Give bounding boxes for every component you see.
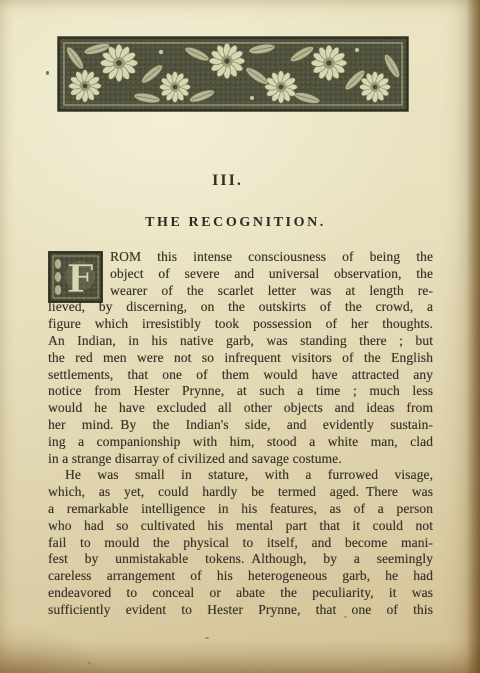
drop-cap-block-icon: F	[48, 251, 103, 303]
book-page-scan: III. THE RECOGNITION.	[0, 0, 480, 673]
text-line: endeavored to conceal or abate the pecul…	[48, 585, 433, 602]
text-line: figure which irresistibly took possessio…	[48, 316, 433, 333]
text-block: F ROM this intense consciousness of bein…	[48, 249, 433, 619]
text-line: fest by unmistakable tokens. Although, b…	[48, 551, 433, 568]
text-line: object of severe and universal observati…	[110, 266, 433, 283]
paragraph-2-lines: He was small in stature, with a furrowed…	[48, 467, 433, 618]
chapter-number: III.	[35, 172, 420, 190]
drop-cap-letter: F	[67, 256, 94, 301]
chapter-title: THE RECOGNITION.	[43, 215, 428, 231]
text-line: fail to mould the physical to itself, an…	[48, 535, 433, 552]
text-line: careless arrangement of his heterogeneou…	[48, 568, 433, 585]
paragraph-1-lines: lieved, by discerning, on the outskirts …	[48, 299, 433, 467]
text-line: notice from Hester Prynne, at such a tim…	[48, 383, 433, 400]
text-line: would he have excluded all other objects…	[48, 400, 433, 417]
text-line: An Indian, in his native garb, was stand…	[48, 333, 433, 350]
text-line: a remarkable intelligence in his feature…	[48, 501, 433, 518]
text-line: the red men were not so infrequent visit…	[48, 350, 433, 367]
text-line: her mind. By the Indian's side, and evid…	[48, 417, 433, 434]
text-line: sufficiently evident to Hester Prynne, t…	[48, 602, 433, 619]
paragraph-1: F ROM this intense consciousness of bein…	[48, 249, 433, 467]
text-line: lieved, by discerning, on the outskirts …	[48, 299, 433, 316]
text-line: who had so cultivated his mental part th…	[48, 518, 433, 535]
text-line: ROM this intense consciousness of being …	[110, 249, 433, 266]
text-line: He was small in stature, with a furrowed…	[48, 467, 433, 484]
text-line: which, as yet, could hardly be termed ag…	[48, 484, 433, 501]
text-line: in a strange disarray of civilized and s…	[48, 451, 433, 468]
text-line: ing a companionship with him, stood a wh…	[48, 434, 433, 451]
text-line: wearer of the scarlet letter was at leng…	[110, 283, 433, 300]
text-line: settlements, that one of them would have…	[48, 367, 433, 384]
dropcap-adjacent-lines: ROM this intense consciousness of being …	[48, 249, 433, 299]
ink-speck	[88, 662, 91, 664]
floral-ornament-band-icon	[57, 36, 409, 112]
ink-speck	[46, 71, 49, 75]
ink-speck	[205, 637, 209, 639]
